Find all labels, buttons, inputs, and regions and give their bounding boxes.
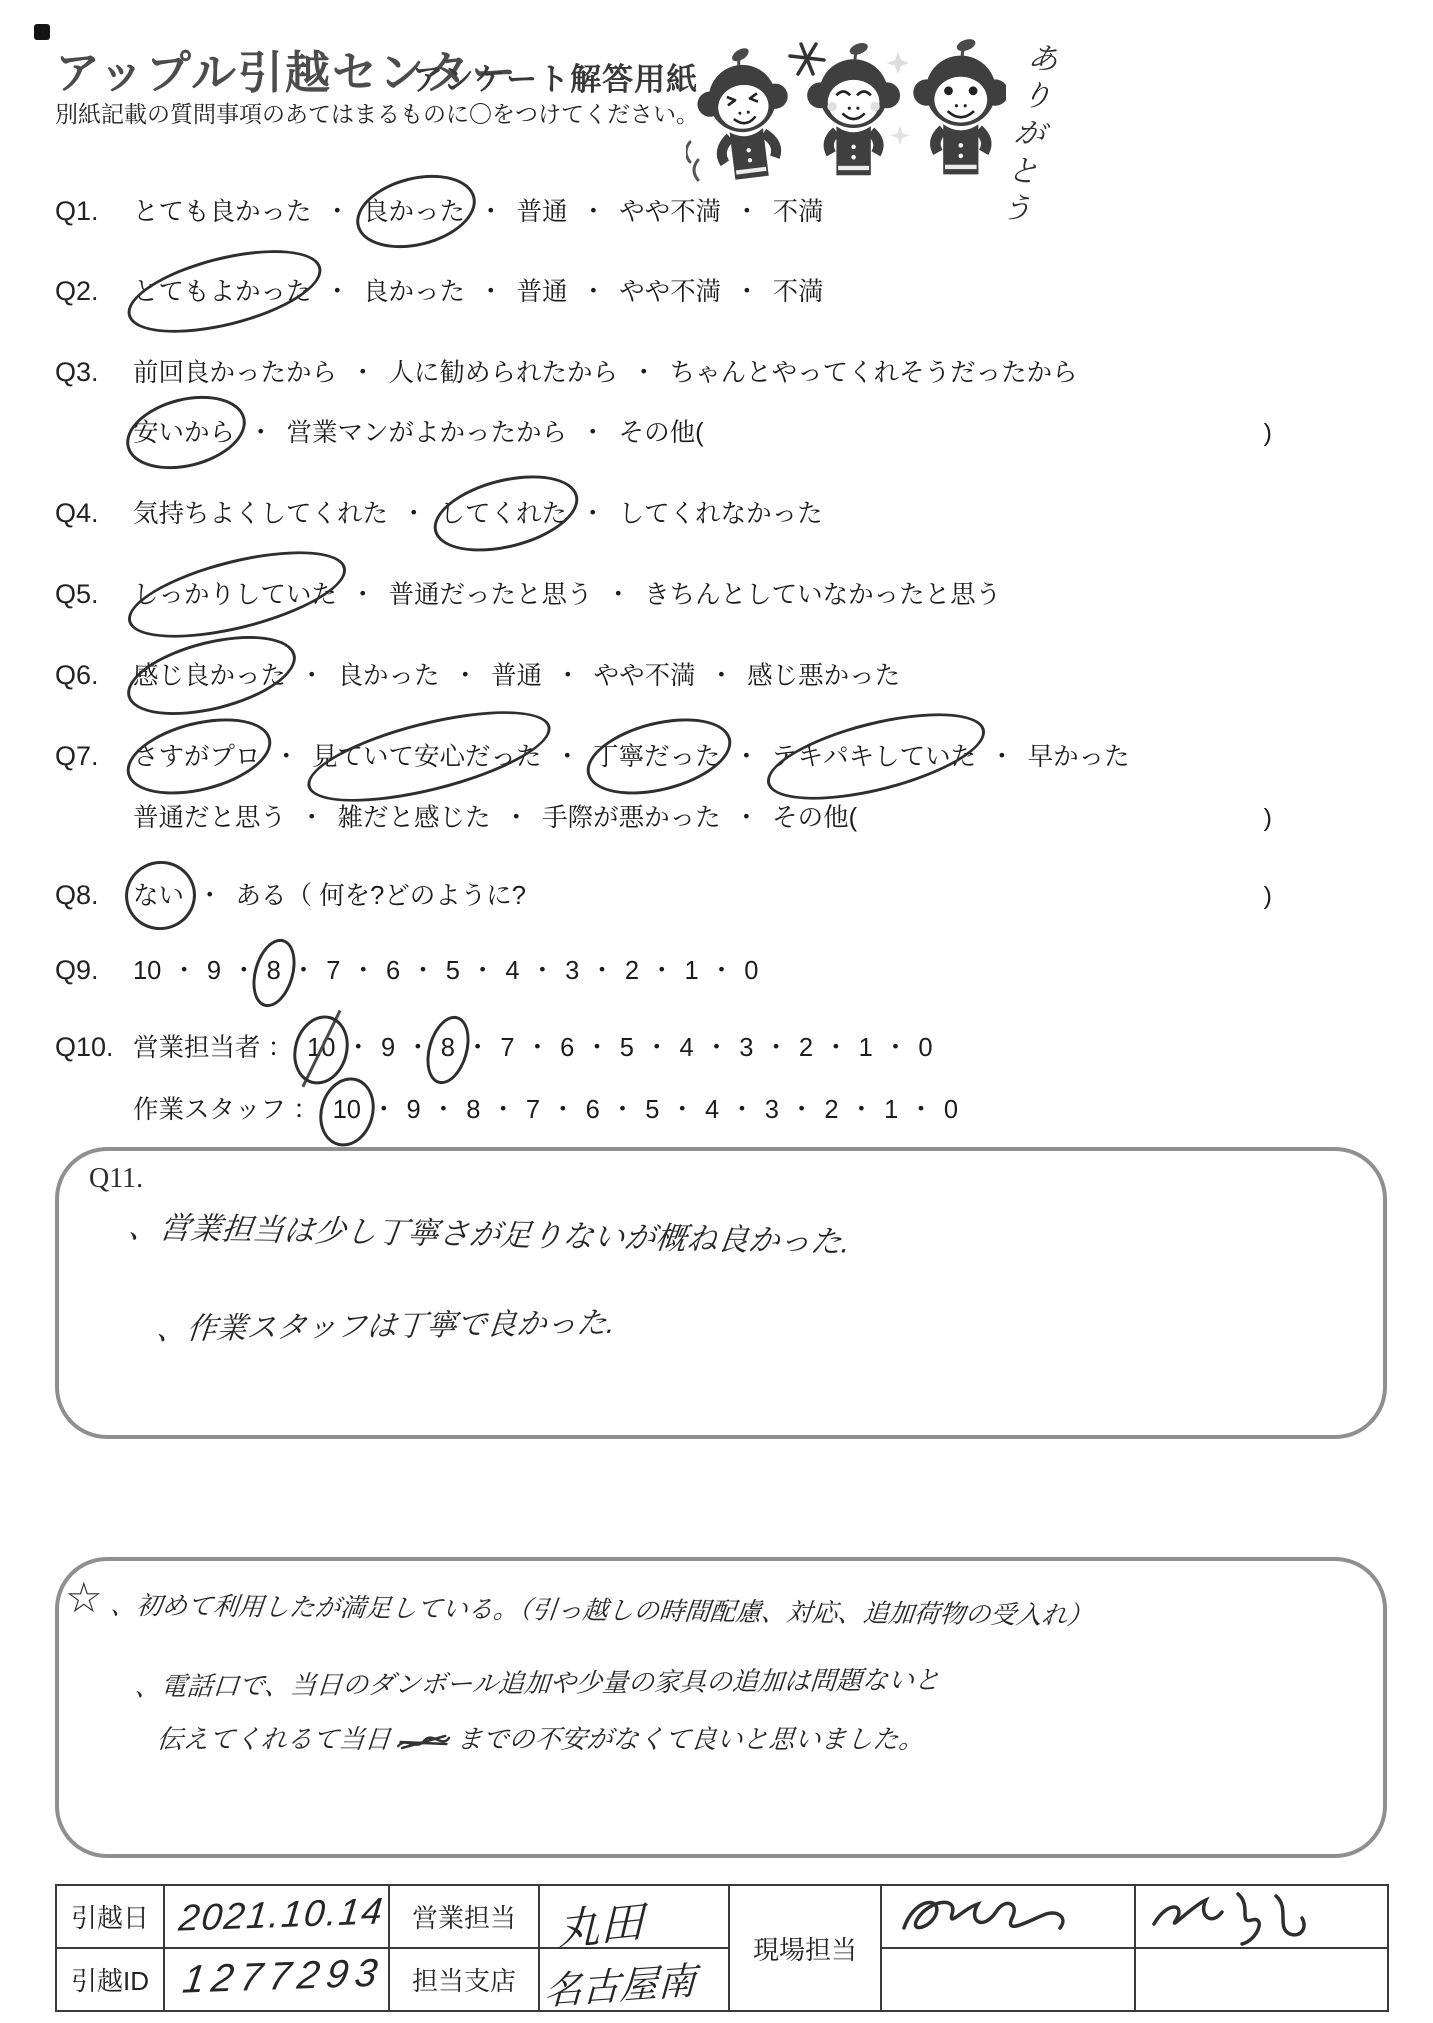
option-separator: ・ — [550, 1090, 576, 1126]
question-label: Q1. — [55, 196, 133, 227]
option-separator: ・ — [709, 951, 735, 987]
option-separator: ・ — [849, 1090, 875, 1126]
option-separator: ・ — [734, 192, 760, 228]
answer-option: やや不満 — [619, 272, 721, 308]
answer-option: きちんとしていなかったと思う — [644, 575, 1001, 611]
question-label: Q9. — [55, 955, 133, 986]
answer-option: 10 — [133, 957, 161, 986]
question-label: Q7. — [55, 741, 133, 772]
handwritten-date: 2021.10.14 — [177, 1890, 386, 1939]
option-separator: ・ — [734, 272, 760, 308]
other-close-paren: ) — [1264, 882, 1272, 911]
answer-option: 5 — [645, 1096, 659, 1125]
answer-option: 10 — [307, 1034, 335, 1063]
answer-option: 不満 — [773, 272, 824, 308]
option-separator: ・ — [299, 798, 325, 834]
answer-option: 10 — [333, 1096, 361, 1125]
answer-option: 0 — [744, 957, 758, 986]
handwritten-comment-line: 、電話口で、当日のダンボール追加や少量の家具の追加は問題ないと — [134, 1659, 942, 1703]
q11-comment-box: Q11. 、営業担当は少し丁寧さが足りないが概ね良かった. 、作業スタッフは丁寧… — [55, 1147, 1387, 1439]
answer-option: 感じ良かった — [133, 656, 286, 692]
question-label: Q10. — [55, 1032, 133, 1063]
star-comment-box: ☆ 、初めて利用したが満足している。（引っ越しの時間配慮、対応、追加荷物の受入れ… — [55, 1557, 1387, 1858]
answer-option: 3 — [565, 957, 579, 986]
answer-option: 早かった — [1028, 737, 1130, 773]
handwritten-name: 丸田 — [556, 1885, 644, 1959]
option-separator: ・ — [610, 1090, 636, 1126]
question-row-q5: Q5. しっかりしていた・普通だったと思う・きちんとしていなかったと思う — [55, 575, 1390, 611]
answer-option: その他( — [772, 798, 857, 834]
option-separator: ・ — [734, 737, 760, 773]
star-icon: ☆ — [65, 1573, 103, 1622]
answer-option: 良かった — [363, 192, 465, 228]
answer-options: 前回良かったから・人に勧められたから・ちゃんとやってくれそうだったから — [133, 353, 1078, 389]
option-separator: ・ — [530, 951, 556, 987]
option-separator: ・ — [299, 656, 325, 692]
handwritten-comment-line: 伝えてくれるて当日までの不安がなくて良いと思いました。 — [155, 1719, 926, 1756]
answer-option: 見ていて安心だった — [312, 737, 542, 773]
question-label: Q5. — [55, 579, 133, 610]
question-label: Q4. — [55, 498, 133, 529]
handwritten-comment-line: 、初めて利用したが満足している。（引っ越しの時間配慮、対応、追加荷物の受入れ） — [109, 1586, 1094, 1632]
answer-option: ちゃんとやってくれそうだったから — [670, 353, 1078, 389]
option-separator: ・ — [631, 353, 657, 389]
option-separator: ・ — [453, 656, 479, 692]
monkey-3 — [913, 37, 1006, 175]
scan-artifact-mark — [34, 24, 50, 40]
question-row-q7-line2: 普通だと思う・雑だと感じた・手際が悪かった・その他( ) — [55, 798, 1390, 834]
option-separator: ・ — [350, 575, 376, 611]
answer-option: 1 — [859, 1034, 873, 1063]
monkey-mascots-illustration — [686, 30, 1006, 200]
answer-option: テキパキしていた — [772, 737, 976, 773]
footer-info-table: 引越日 2021.10.14 営業担当 丸田 現場担当 引越ID 1277293… — [55, 1884, 1389, 2012]
option-separator: ・ — [789, 1090, 815, 1126]
question-label: Q2. — [55, 276, 133, 307]
option-separator: ・ — [490, 1090, 516, 1126]
question-row-q7-line1: Q7. さすがプロ・見ていて安心だった・丁寧だった・テキパキしていた・早かった — [55, 737, 1390, 773]
move-date-value: 2021.10.14 — [164, 1885, 389, 1948]
answer-option: 6 — [586, 1096, 600, 1125]
clap-sparkle-icon — [790, 44, 824, 74]
question-row-q8: Q8. ない・ある（ 何を?どのように? ) — [55, 876, 1390, 912]
option-separator: ・ — [345, 1028, 371, 1064]
option-separator: ・ — [401, 494, 427, 530]
option-separator: ・ — [823, 1028, 849, 1064]
answer-option: 4 — [505, 957, 519, 986]
answer-option: 7 — [326, 957, 340, 986]
option-separator: ・ — [431, 1090, 457, 1126]
question-row-q6: Q6. 感じ良かった・良かった・普通・やや不満・感じ悪かった — [55, 656, 1390, 692]
answer-option: 6 — [386, 957, 400, 986]
crossed-out-word-scribble — [393, 1728, 453, 1754]
question-row-q3-line2: 安いから・営業マンがよかったから・その他( ) — [55, 413, 1390, 449]
answer-option: 普通だったと思う — [389, 575, 593, 611]
answer-options: 安いから・営業マンがよかったから・その他( — [133, 413, 704, 449]
answer-option: 丁寧だった — [593, 737, 721, 773]
question-row-q3-line1: Q3. 前回良かったから・人に勧められたから・ちゃんとやってくれそうだったから — [55, 353, 1390, 389]
option-separator: ・ — [171, 951, 197, 987]
move-id-value: 1277293 — [164, 1948, 389, 2011]
option-separator: ・ — [669, 1090, 695, 1126]
answer-options: さすがプロ・見ていて安心だった・丁寧だった・テキパキしていた・早かった — [133, 737, 1130, 773]
answer-option: 5 — [620, 1034, 634, 1063]
answer-option: 7 — [500, 1034, 514, 1063]
handwritten-branch: 名古屋南 — [543, 1950, 697, 2016]
site-staff-signature-1 — [881, 1885, 1135, 1948]
answer-option: 4 — [705, 1096, 719, 1125]
q11-label: Q11. — [89, 1163, 143, 1195]
option-separator: ・ — [248, 413, 274, 449]
answer-option: 1 — [884, 1096, 898, 1125]
handwritten-text: 伝えてくれるて当日 — [156, 1724, 392, 1754]
answer-option: 2 — [625, 957, 639, 986]
option-separator: ・ — [709, 656, 735, 692]
question-label: Q6. — [55, 660, 133, 691]
site-staff-signature-empty — [1135, 1948, 1388, 2011]
option-separator: ・ — [555, 656, 581, 692]
question-label: Q3. — [55, 357, 133, 388]
answer-option: 9 — [406, 1096, 420, 1125]
option-separator: ・ — [470, 951, 496, 987]
option-separator: ・ — [589, 951, 615, 987]
option-separator: ・ — [883, 1028, 909, 1064]
form-title: アンケート解答用紙 — [412, 54, 698, 99]
option-separator: ・ — [371, 1090, 397, 1126]
option-separator: ・ — [704, 1028, 730, 1064]
answer-option: ある（ 何を?どのように? — [236, 876, 526, 912]
other-close-paren: ) — [1264, 804, 1272, 833]
sparkle-icon — [887, 52, 909, 74]
answer-option: 9 — [207, 957, 221, 986]
option-separator: ・ — [580, 413, 606, 449]
option-separator: ・ — [649, 951, 675, 987]
handwritten-text: までの不安がなくて良いと思いました。 — [455, 1724, 926, 1754]
sparkle-icon — [891, 126, 910, 145]
question-row-q10-staff: 作業スタッフ ： 10・9・8・7・6・5・4・3・2・1・0 — [55, 1090, 1390, 1126]
answer-options: とてもよかった・良かった・普通・やや不満・不満 — [133, 272, 824, 308]
answer-option: 8 — [441, 1034, 455, 1063]
option-separator: ・ — [405, 1028, 431, 1064]
answer-option: 普通 — [517, 192, 568, 228]
answer-option: 2 — [799, 1034, 813, 1063]
question-row-q1: Q1. とても良かった・良かった・普通・やや不満・不満 — [55, 192, 1390, 228]
answer-option: 不満 — [773, 192, 824, 228]
answer-option: とてもよかった — [133, 272, 312, 308]
answer-option: 安いから — [133, 413, 235, 449]
option-separator: ・ — [729, 1090, 755, 1126]
answer-option: 前回良かったから — [133, 353, 337, 389]
option-separator: ・ — [350, 353, 376, 389]
answer-option: とても良かった — [133, 192, 312, 228]
answer-option: 普通 — [517, 272, 568, 308]
sales-rep-label: 営業担当 — [389, 1885, 539, 1948]
answer-option: 6 — [560, 1034, 574, 1063]
move-id-label: 引越ID — [56, 1948, 164, 2011]
answer-option: 普通 — [491, 656, 542, 692]
answer-option: 0 — [944, 1096, 958, 1125]
answer-options: しっかりしていた・普通だったと思う・きちんとしていなかったと思う — [133, 575, 1001, 611]
sales-rep-value: 丸田 — [539, 1885, 729, 1948]
score-scale: 10・9・8・7・6・5・4・3・2・1・0 — [307, 1028, 932, 1064]
option-separator: ・ — [734, 798, 760, 834]
site-staff-label: 現場担当 — [729, 1885, 881, 2011]
answer-option: 8 — [466, 1096, 480, 1125]
handwritten-comment-line: 、作業スタッフは丁寧で良かった. — [155, 1298, 617, 1348]
answer-options: 感じ良かった・良かった・普通・やや不満・感じ悪かった — [133, 656, 900, 692]
answer-option: 7 — [526, 1096, 540, 1125]
answer-option: 営業マンがよかったから — [287, 413, 568, 449]
option-separator: ・ — [584, 1028, 610, 1064]
answer-option: ない — [133, 876, 184, 912]
score-scale: 10・9・8・7・6・5・4・3・2・1・0 — [333, 1090, 958, 1126]
answer-option: 良かった — [338, 656, 440, 692]
instruction-text: 別紙記載の質問事項のあてはまるものに〇をつけてください。 — [55, 96, 699, 129]
answer-option: してくれた — [440, 494, 568, 530]
answer-option: 0 — [918, 1034, 932, 1063]
option-separator: ・ — [325, 272, 351, 308]
option-separator: ・ — [763, 1028, 789, 1064]
site-staff-signature-2 — [1135, 1885, 1388, 1948]
answer-option: さすがプロ — [133, 737, 261, 773]
signature-scribble — [1154, 1894, 1304, 1944]
move-date-label: 引越日 — [56, 1885, 164, 1948]
answer-option: してくれなかった — [619, 494, 823, 530]
option-separator: ・ — [555, 737, 581, 773]
site-staff-signature-empty — [881, 1948, 1135, 2011]
answer-option: その他( — [619, 413, 704, 449]
option-separator: ・ — [989, 737, 1015, 773]
other-close-paren: ) — [1264, 419, 1272, 448]
answer-option: しっかりしていた — [133, 575, 337, 611]
scale-prefix-sales: 営業担当者 ： — [133, 1028, 293, 1064]
answer-option: 4 — [680, 1034, 694, 1063]
option-separator: ・ — [504, 798, 530, 834]
answer-option: 人に勧められたから — [389, 353, 619, 389]
question-row-q10-sales: Q10. 営業担当者 ： 10・9・8・7・6・5・4・3・2・1・0 — [55, 1028, 1390, 1064]
answer-option: 手際が悪かった — [542, 798, 721, 834]
option-separator: ・ — [478, 192, 504, 228]
answer-options: ない・ある（ 何を?どのように? — [133, 876, 526, 912]
option-separator: ・ — [908, 1090, 934, 1126]
answer-option: やや不満 — [594, 656, 696, 692]
answer-options: 普通だと思う・雑だと感じた・手際が悪かった・その他( — [133, 798, 857, 834]
answer-option: 2 — [824, 1096, 838, 1125]
answer-option: やや不満 — [619, 192, 721, 228]
question-row-q9: Q9. 10・9・8・7・6・5・4・3・2・1・0 — [55, 951, 1390, 987]
answer-option: 3 — [739, 1034, 753, 1063]
option-separator: ・ — [606, 575, 632, 611]
question-row-q4: Q4. 気持ちよくしてくれた・してくれた・してくれなかった — [55, 494, 1390, 530]
answer-option: 感じ悪かった — [747, 656, 900, 692]
signature-scribble — [904, 1902, 1063, 1928]
score-scale: 10・9・8・7・6・5・4・3・2・1・0 — [133, 951, 758, 987]
answer-options: とても良かった・良かった・普通・やや不満・不満 — [133, 192, 824, 228]
scanned-survey-sheet: アップル引越センター アンケート解答用紙 別紙記載の質問事項のあてはまるものに〇… — [0, 0, 1433, 2023]
option-separator: ・ — [231, 951, 257, 987]
motion-lines-icon — [686, 142, 698, 180]
handwritten-id: 1277293 — [180, 1951, 387, 2002]
answer-option: 8 — [267, 957, 281, 986]
answer-option: 3 — [765, 1096, 779, 1125]
option-separator: ・ — [478, 272, 504, 308]
answer-option: 普通だと思う — [133, 798, 286, 834]
answer-option: 良かった — [363, 272, 465, 308]
answer-options: 気持ちよくしてくれた・してくれた・してくれなかった — [133, 494, 823, 530]
option-separator: ・ — [580, 494, 606, 530]
option-separator: ・ — [410, 951, 436, 987]
branch-label: 担当支店 — [389, 1948, 539, 2011]
option-separator: ・ — [581, 192, 607, 228]
option-separator: ・ — [274, 737, 300, 773]
answer-option: 9 — [381, 1034, 395, 1063]
answer-option: 1 — [685, 957, 699, 986]
handwritten-comment-line: 、営業担当は少し丁寧さが足りないが概ね良かった. — [126, 1201, 853, 1261]
option-separator: ・ — [465, 1028, 491, 1064]
option-separator: ・ — [325, 192, 351, 228]
option-separator: ・ — [644, 1028, 670, 1064]
option-separator: ・ — [581, 272, 607, 308]
monkey-1 — [691, 41, 797, 183]
question-row-q2: Q2. とてもよかった・良かった・普通・やや不満・不満 — [55, 272, 1390, 308]
answer-option: 気持ちよくしてくれた — [133, 494, 388, 530]
option-separator: ・ — [350, 951, 376, 987]
option-separator: ・ — [525, 1028, 551, 1064]
question-label: Q8. — [55, 880, 133, 911]
scale-prefix-staff: 作業スタッフ ： — [133, 1090, 319, 1126]
answer-option: 雑だと感じた — [338, 798, 491, 834]
option-separator: ・ — [291, 951, 317, 987]
option-separator: ・ — [197, 876, 223, 912]
answer-option: 5 — [446, 957, 460, 986]
